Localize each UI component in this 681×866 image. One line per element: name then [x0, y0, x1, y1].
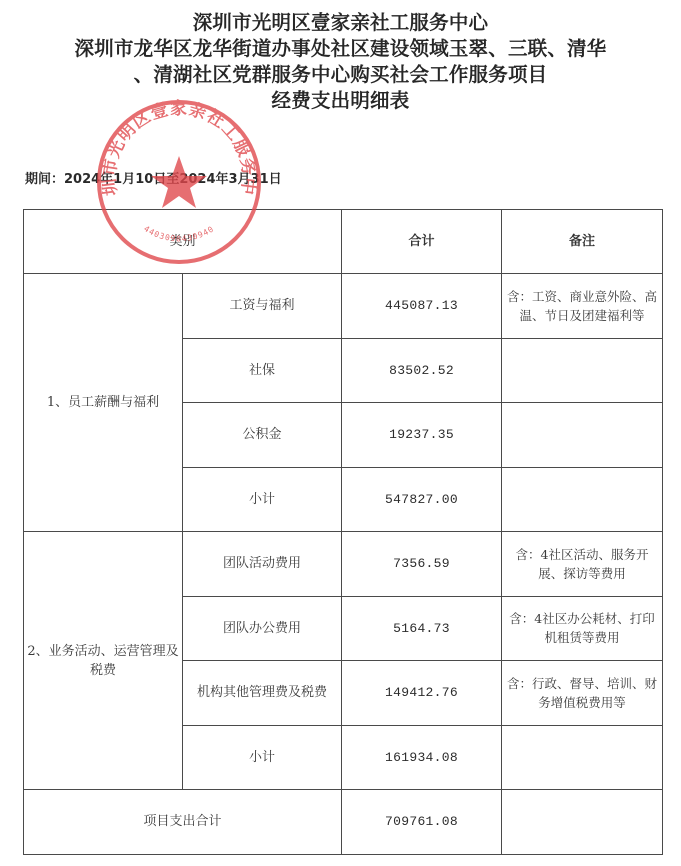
row-amount: 19237.35 — [342, 403, 502, 468]
expense-table: 类别 合计 备注 1、员工薪酬与福利 工资与福利 445087.13 含：工资、… — [23, 209, 663, 855]
grand-total-label: 项目支出合计 — [24, 790, 342, 855]
row-remark: 含：行政、督导、培训、财务增值税费用等 — [502, 661, 663, 726]
period-label: 期间：2024年1月10日至2024年3月31日 — [25, 168, 282, 187]
row-amount: 83502.52 — [342, 338, 502, 403]
row-remark — [502, 467, 663, 532]
row-remark: 含：工资、商业意外险、高温、节日及团建福利等 — [502, 274, 663, 339]
row-remark: 含：4社区活动、服务开展、探访等费用 — [502, 532, 663, 597]
title-line-project-1: 深圳市龙华区龙华街道办事处社区建设领域玉翠、三联、清华 — [0, 36, 681, 62]
row-amount: 547827.00 — [342, 467, 502, 532]
row-item: 机构其他管理费及税费 — [183, 661, 342, 726]
row-item: 工资与福利 — [183, 274, 342, 339]
table-header-row: 类别 合计 备注 — [24, 210, 663, 274]
row-amount: 7356.59 — [342, 532, 502, 597]
row-item: 团队活动费用 — [183, 532, 342, 597]
row-remark — [502, 338, 663, 403]
row-item: 小计 — [183, 725, 342, 790]
table-row: 1、员工薪酬与福利 工资与福利 445087.13 含：工资、商业意外险、高温、… — [24, 274, 663, 339]
group-name-operations: 2、业务活动、运营管理及税费 — [24, 532, 183, 790]
group-name-staff: 1、员工薪酬与福利 — [24, 274, 183, 532]
grand-total-amount: 709761.08 — [342, 790, 502, 855]
row-item: 社保 — [183, 338, 342, 403]
document-title: 深圳市光明区壹家亲社工服务中心 深圳市龙华区龙华街道办事处社区建设领域玉翠、三联… — [0, 10, 681, 114]
row-item: 小计 — [183, 467, 342, 532]
row-remark: 含：4社区办公耗材、打印机租赁等费用 — [502, 596, 663, 661]
row-amount: 161934.08 — [342, 725, 502, 790]
grand-total-remark — [502, 790, 663, 855]
row-amount: 149412.76 — [342, 661, 502, 726]
row-amount: 5164.73 — [342, 596, 502, 661]
header-category: 类别 — [24, 210, 342, 274]
header-total: 合计 — [342, 210, 502, 274]
row-remark — [502, 403, 663, 468]
title-line-org: 深圳市光明区壹家亲社工服务中心 — [0, 10, 681, 36]
row-amount: 445087.13 — [342, 274, 502, 339]
row-item: 公积金 — [183, 403, 342, 468]
header-remark: 备注 — [502, 210, 663, 274]
title-line-table-name: 经费支出明细表 — [0, 88, 681, 114]
table-row: 2、业务活动、运营管理及税费 团队活动费用 7356.59 含：4社区活动、服务… — [24, 532, 663, 597]
row-remark — [502, 725, 663, 790]
title-line-project-2: 、清湖社区党群服务中心购买社会工作服务项目 — [0, 62, 681, 88]
table-row-grand-total: 项目支出合计 709761.08 — [24, 790, 663, 855]
row-item: 团队办公费用 — [183, 596, 342, 661]
